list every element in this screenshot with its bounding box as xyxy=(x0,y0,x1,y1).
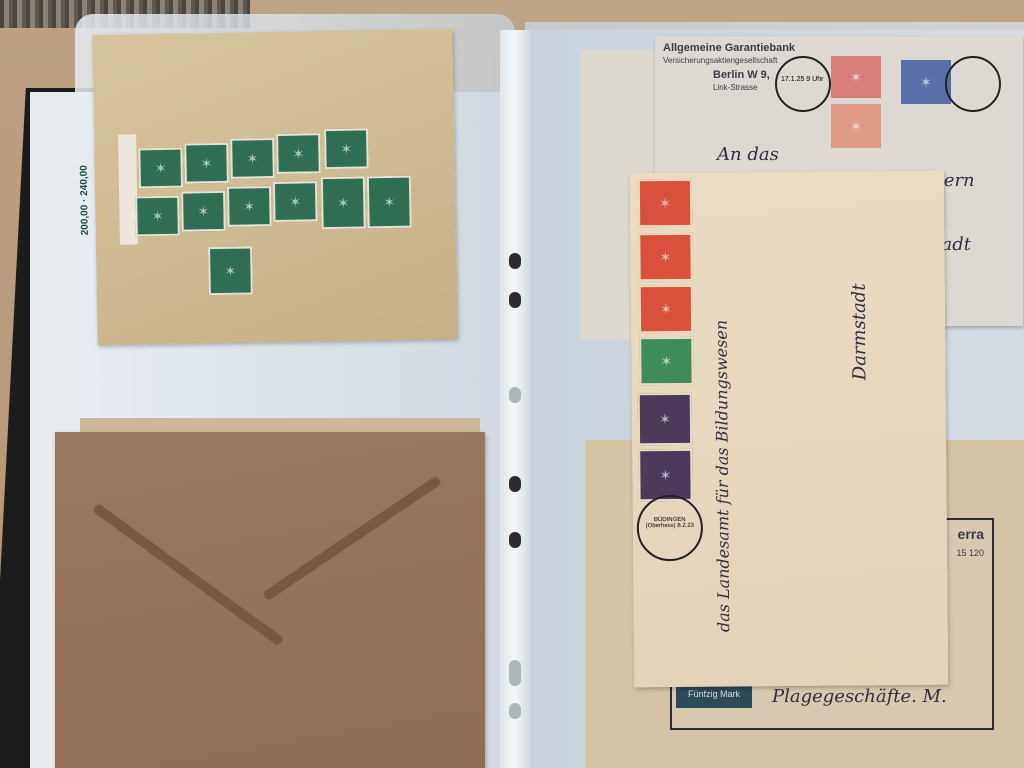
stamp-blue: ✶ xyxy=(901,60,951,104)
flap-glue-line xyxy=(92,503,284,646)
stamp-green: ✶ xyxy=(367,176,412,229)
handwritten-address: das Landesamt für das Bildungswesen xyxy=(711,212,734,632)
binder-ring xyxy=(509,476,521,492)
stamp-red: ✶ xyxy=(638,179,692,227)
stamp-green: ✶ xyxy=(135,196,180,237)
flap-glue-line xyxy=(262,475,442,601)
binder-ring xyxy=(509,253,521,269)
stamp-violet: ✶ xyxy=(638,393,692,445)
stamp-green: ✶ xyxy=(208,246,253,295)
stamp-red: ✶ xyxy=(638,233,692,281)
stamp-green: ✶ xyxy=(321,176,366,229)
stamp-pink: ✶ xyxy=(831,104,881,148)
stamp-green: ✶ xyxy=(273,181,318,222)
stamp-green: ✶ xyxy=(181,191,226,232)
label-number: 15 120 xyxy=(956,548,984,558)
label-header: erra xyxy=(958,526,984,542)
stamp-violet: ✶ xyxy=(638,449,692,501)
handwritten-address: An das xyxy=(717,144,779,165)
postmark xyxy=(945,56,1001,112)
binder-ring xyxy=(509,532,521,548)
postmark: BÜDINGEN (Oberhess) 8.2.23 xyxy=(637,495,704,562)
binder-ring xyxy=(509,292,521,308)
stamp-green: ✶ xyxy=(639,337,693,385)
handwritten-city: Darmstadt xyxy=(849,283,871,380)
stamp-red: ✶ xyxy=(639,285,693,333)
punch-hole xyxy=(509,387,521,403)
sender-name: Allgemeine Garantiebank xyxy=(663,42,795,54)
envelope-buedingen: ✶ ✶ ✶ ✶ ✶ ✶ BÜDINGEN (Oberhess) 8.2.23 d… xyxy=(630,171,948,688)
stamp-green: ✶ xyxy=(184,143,229,184)
selvage-text: 200,00 · 240,00 xyxy=(78,125,91,235)
postmark-text: BÜDINGEN (Oberhess) 8.2.23 xyxy=(641,517,699,530)
stamp-green: ✶ xyxy=(138,148,183,189)
sender-city: Berlin W 9, xyxy=(713,69,770,81)
punch-hole xyxy=(509,660,521,686)
stamp-red: ✶ xyxy=(831,56,881,98)
stamp-green: ✶ xyxy=(324,128,369,169)
kraft-envelope-back xyxy=(55,432,485,768)
handwritten-address: Plagegeschäfte. M. xyxy=(772,686,947,707)
postmark-date: 17.1.25 9 Uhr xyxy=(781,76,823,83)
envelope-green-stamps: 200,00 · 240,00 ✶ ✶ ✶ ✶ ✶ ✶ ✶ ✶ ✶ ✶ ✶ ✶ xyxy=(92,29,457,345)
stamp-green: ✶ xyxy=(227,186,272,227)
stamp-green: ✶ xyxy=(276,133,321,174)
postmark: 17.1.25 9 Uhr xyxy=(775,56,831,112)
sender-line: Versicherungsaktiengesellschaft xyxy=(663,56,777,65)
punch-hole xyxy=(509,703,521,719)
sender-street: Link-Strasse xyxy=(713,83,757,92)
stamp-green: ✶ xyxy=(230,138,275,179)
